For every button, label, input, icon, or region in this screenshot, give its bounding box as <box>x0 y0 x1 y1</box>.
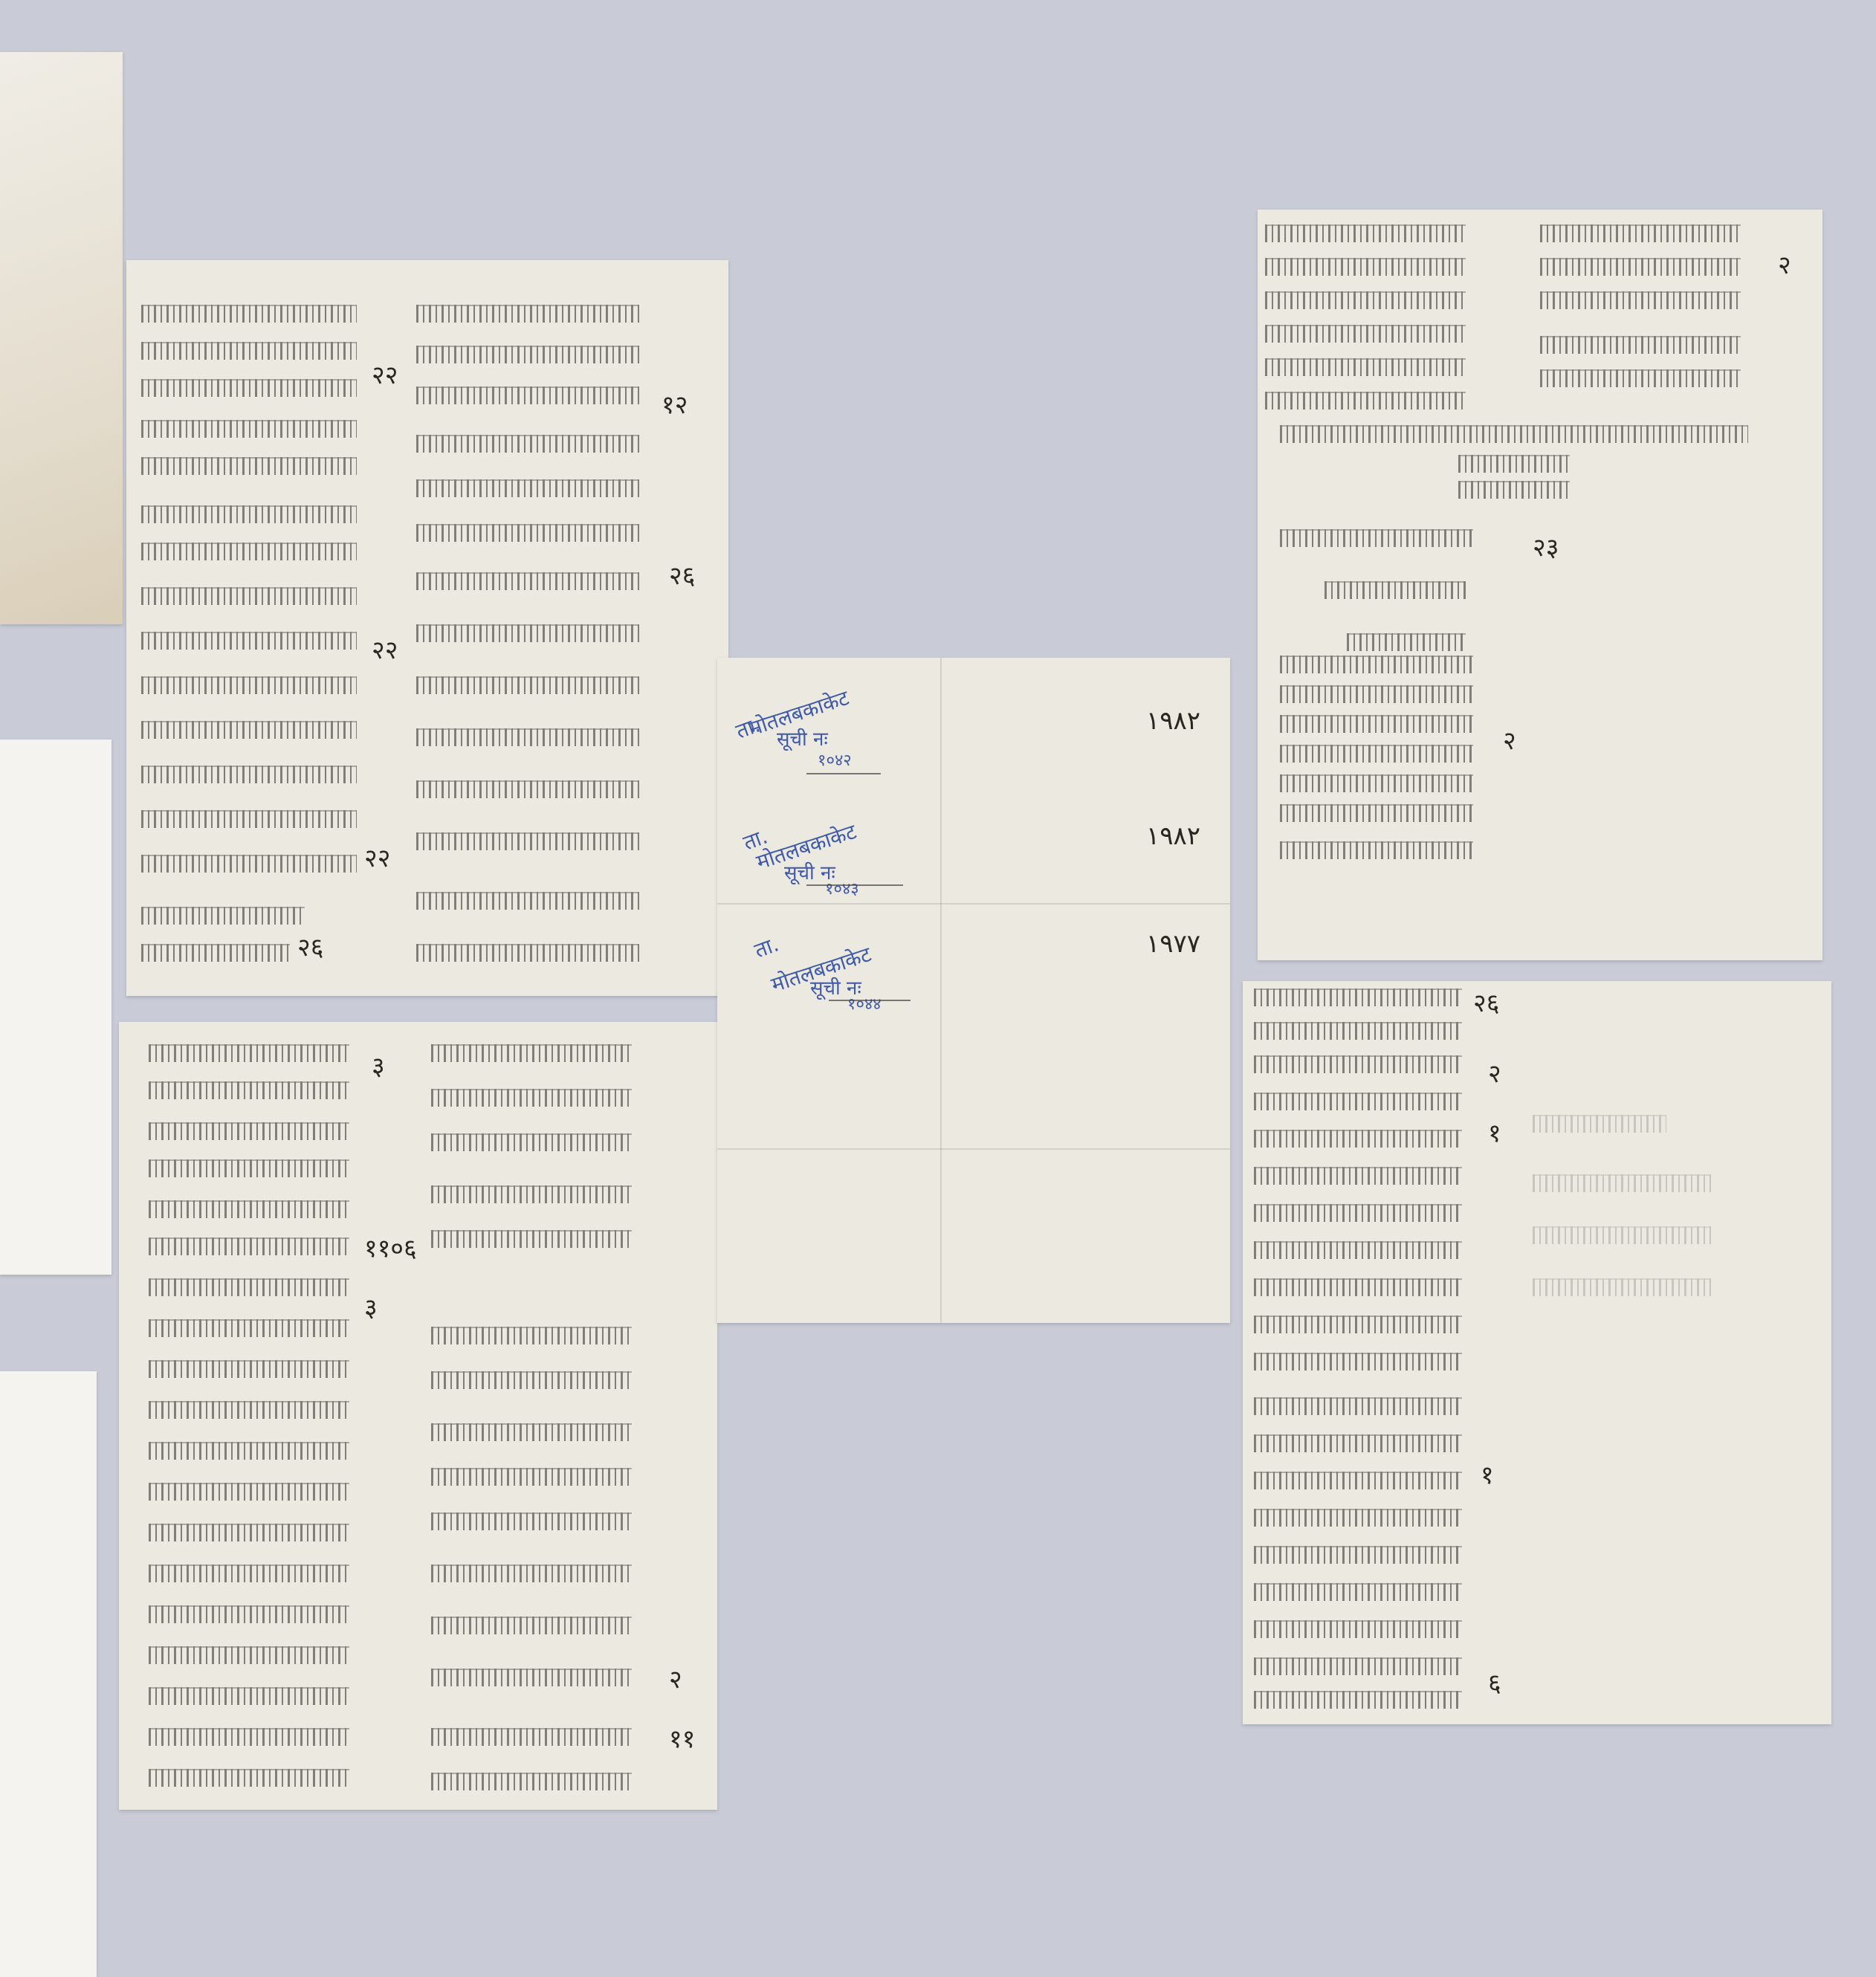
margin-number: २ <box>1503 722 1516 757</box>
list-underline <box>806 773 881 774</box>
margin-number: १२ <box>662 386 688 421</box>
left-edge-sheet-mid <box>0 740 111 1275</box>
margin-number: ६ <box>1488 1665 1501 1699</box>
list-number: १०४३ <box>825 877 859 899</box>
manuscript-leaf-top-left: २२ १२ २२ २६ २२ २६ <box>126 260 728 996</box>
manuscript-leaf-bottom-right: २६ २ १ १ ६ <box>1243 981 1831 1724</box>
margin-number: १ <box>1481 1457 1494 1491</box>
urdu-note: ۱۹۸۲ <box>1146 821 1200 851</box>
manuscript-leaf-top-right: २ २३ २ <box>1258 210 1822 960</box>
margin-number: २६ <box>669 557 695 592</box>
margin-number: ३ <box>372 1048 385 1082</box>
urdu-note: ۱۹۸۲ <box>1146 706 1200 736</box>
list-underline <box>829 1000 910 1001</box>
list-underline <box>806 884 903 886</box>
margin-number: २३ <box>1533 529 1559 563</box>
urdu-note: ۱۹۷۷ <box>1146 929 1200 959</box>
receipt-leaf-center: ता. मोतलबकाकेट सूची नः १०४२ ता. मोतलबकाक… <box>717 658 1230 1323</box>
margin-number: २ <box>669 1661 682 1695</box>
margin-number: २६ <box>297 929 323 963</box>
margin-number: ११ <box>669 1721 695 1755</box>
list-label: सूची नः <box>777 725 828 751</box>
margin-number: ११०६ <box>364 1230 417 1264</box>
manuscript-leaf-bottom-left: ३ ११०६ ३ २ ११ <box>119 1022 717 1810</box>
margin-number: ३ <box>364 1290 378 1324</box>
margin-number: १ <box>1488 1115 1501 1149</box>
margin-number: २२ <box>372 357 398 391</box>
margin-number: २ <box>1778 247 1791 281</box>
margin-number: २६ <box>1473 985 1499 1019</box>
margin-number: २२ <box>364 840 390 874</box>
entry-prefix: ता. <box>750 930 782 965</box>
margin-number: २ <box>1488 1055 1501 1090</box>
list-number: १०४२ <box>818 748 852 771</box>
list-number: १०४४ <box>847 992 882 1015</box>
margin-number: २२ <box>372 632 398 666</box>
left-edge-sheet-top <box>0 52 123 624</box>
left-edge-sheet-bottom <box>0 1371 97 1977</box>
